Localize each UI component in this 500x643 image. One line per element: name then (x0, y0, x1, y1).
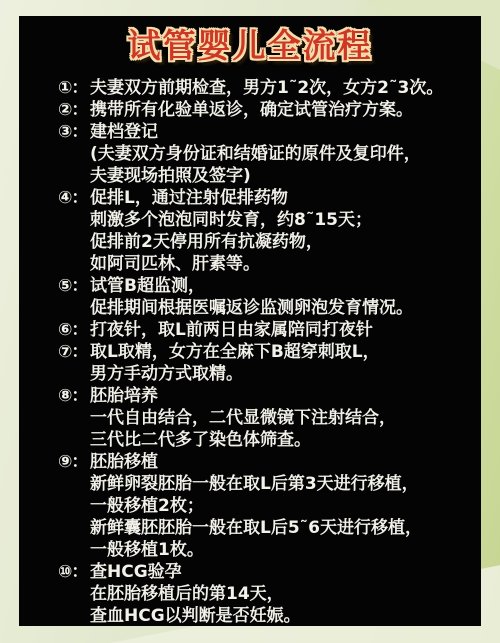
item-line: 新鲜囊胚胚胎一般在取L后5˜6天进行移植， (90, 517, 473, 539)
item-line: 促排前2天停用所有抗凝药物， (90, 231, 473, 253)
item-line: (夫妻双方身份证和结婚证的原件及复印件， (90, 143, 473, 165)
item-lines: 夫妻双方前期检查，男方1˜2次，女方2˜3次。 (90, 77, 473, 99)
page-background: 试管婴儿全流程 ①：夫妻双方前期检查，男方1˜2次，女方2˜3次。②：携带所有化… (0, 0, 500, 643)
item-line: 试管B超监测， (90, 275, 473, 297)
list-item: ⑩：查HCG验孕在胚胎移植后的第14天，查血HCG以判断是否妊娠。 (58, 561, 473, 627)
item-number: ⑩： (58, 561, 90, 583)
item-line: 胚胎培养 (90, 385, 473, 407)
item-lines: 促排L，通过注射促排药物刺激多个泡泡同时发育，约8˜15天；促排前2天停用所有抗… (90, 187, 473, 275)
item-number: ⑥： (58, 319, 90, 341)
item-number: ⑤： (58, 275, 90, 297)
item-lines: 建档登记(夫妻双方身份证和结婚证的原件及复印件，夫妻现场拍照及签字) (90, 121, 473, 187)
item-line: 建档登记 (90, 121, 473, 143)
item-line: 一代自由结合，二代显微镜下注射结合， (90, 407, 473, 429)
item-line: 促排期间根据医嘱返诊监测卵泡发育情况。 (90, 297, 473, 319)
item-line: 在胚胎移植后的第14天， (90, 583, 473, 605)
item-number: ⑧： (58, 385, 90, 407)
item-line: 男方手动方式取精。 (90, 363, 473, 385)
list-item: ⑥：打夜针，取L前两日由家属陪同打夜针 (58, 319, 473, 341)
list-item: ④：促排L，通过注射促排药物刺激多个泡泡同时发育，约8˜15天；促排前2天停用所… (58, 187, 473, 275)
item-lines: 试管B超监测，促排期间根据医嘱返诊监测卵泡发育情况。 (90, 275, 473, 319)
item-line: 一般移植1枚。 (90, 539, 473, 561)
list-item: ③：建档登记(夫妻双方身份证和结婚证的原件及复印件，夫妻现场拍照及签字) (58, 121, 473, 187)
item-line: 携带所有化验单返诊，确定试管治疗方案。 (90, 99, 473, 121)
item-lines: 胚胎移植新鲜卵裂胚胎一般在取L后第3天进行移植，一般移植2枚；新鲜囊胚胚胎一般在… (90, 451, 473, 561)
list-item: ⑤：试管B超监测，促排期间根据医嘱返诊监测卵泡发育情况。 (58, 275, 473, 319)
item-number: ③： (58, 121, 90, 143)
item-line: 查血HCG以判断是否妊娠。 (90, 605, 473, 627)
list-item: ⑨：胚胎移植新鲜卵裂胚胎一般在取L后第3天进行移植，一般移植2枚；新鲜囊胚胚胎一… (58, 451, 473, 561)
item-line: 一般移植2枚； (90, 495, 473, 517)
item-line: 打夜针，取L前两日由家属陪同打夜针 (90, 319, 473, 341)
item-line: 如阿司匹林、肝素等。 (90, 253, 473, 275)
item-number: ②： (58, 99, 90, 121)
item-lines: 查HCG验孕在胚胎移植后的第14天，查血HCG以判断是否妊娠。 (90, 561, 473, 627)
item-line: 新鲜卵裂胚胎一般在取L后第3天进行移植， (90, 473, 473, 495)
item-lines: 打夜针，取L前两日由家属陪同打夜针 (90, 319, 473, 341)
list-item: ①：夫妻双方前期检查，男方1˜2次，女方2˜3次。 (58, 77, 473, 99)
list-item: ⑧：胚胎培养一代自由结合，二代显微镜下注射结合，三代比二代多了染色体筛查。 (58, 385, 473, 451)
list-item: ⑦：取L取精，女方在全麻下B超穿刺取L，男方手动方式取精。 (58, 341, 473, 385)
content-card: 试管婴儿全流程 ①：夫妻双方前期检查，男方1˜2次，女方2˜3次。②：携带所有化… (19, 16, 481, 626)
process-list: ①：夫妻双方前期检查，男方1˜2次，女方2˜3次。②：携带所有化验单返诊，确定试… (19, 77, 481, 627)
item-line: 夫妻现场拍照及签字) (90, 165, 473, 187)
item-number: ④： (58, 187, 90, 209)
item-line: 取L取精，女方在全麻下B超穿刺取L， (90, 341, 473, 363)
item-line: 刺激多个泡泡同时发育，约8˜15天； (90, 209, 473, 231)
item-number: ①： (58, 77, 90, 99)
item-line: 胚胎移植 (90, 451, 473, 473)
item-number: ⑨： (58, 451, 90, 473)
item-number: ⑦： (58, 341, 90, 363)
item-line: 三代比二代多了染色体筛查。 (90, 429, 473, 451)
list-item: ②：携带所有化验单返诊，确定试管治疗方案。 (58, 99, 473, 121)
item-lines: 取L取精，女方在全麻下B超穿刺取L，男方手动方式取精。 (90, 341, 473, 385)
page-title: 试管婴儿全流程 (19, 28, 481, 64)
item-line: 夫妻双方前期检查，男方1˜2次，女方2˜3次。 (90, 77, 473, 99)
item-lines: 胚胎培养一代自由结合，二代显微镜下注射结合，三代比二代多了染色体筛查。 (90, 385, 473, 451)
item-line: 促排L，通过注射促排药物 (90, 187, 473, 209)
item-line: 查HCG验孕 (90, 561, 473, 583)
item-lines: 携带所有化验单返诊，确定试管治疗方案。 (90, 99, 473, 121)
